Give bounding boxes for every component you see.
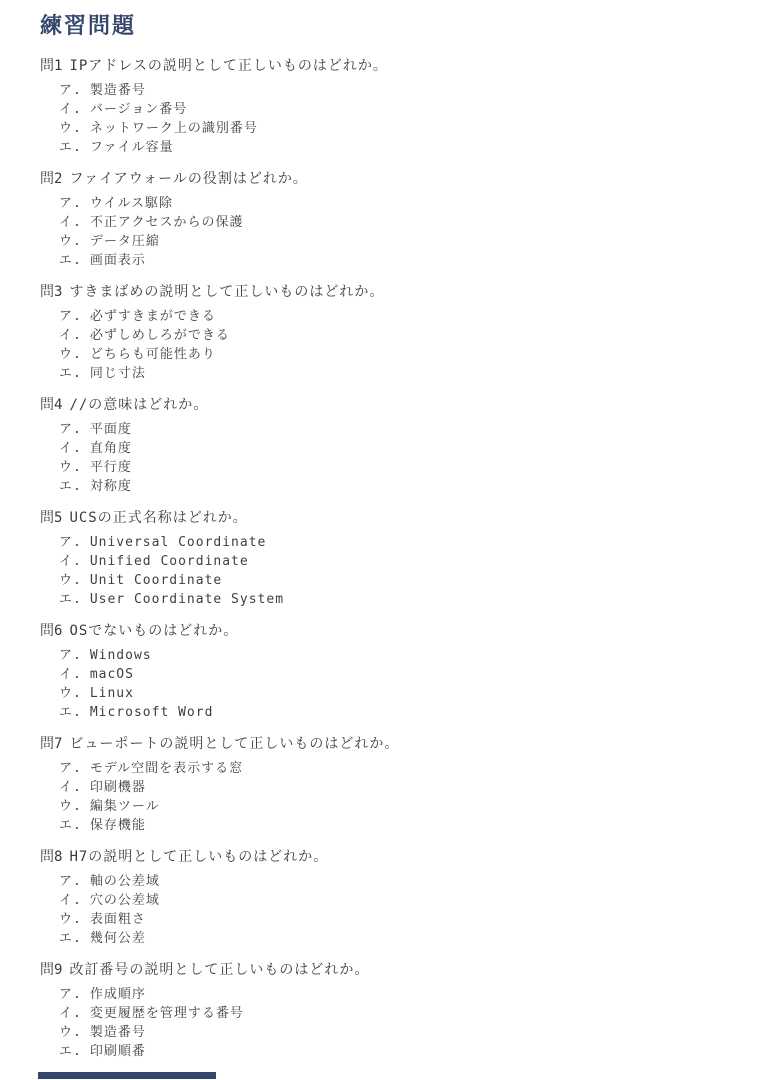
question-block: 問1IPアドレスの説明として正しいものはどれか。 ア.製造番号イ.バージョン番号…: [40, 57, 754, 157]
option-item: エ.画面表示: [59, 251, 754, 270]
option-list: ア.モデル空間を表示する窓イ.印刷機器ウ.編集ツールエ.保存機能: [40, 759, 754, 835]
option-item: イ.印刷機器: [59, 778, 754, 797]
option-label: ア.: [59, 422, 82, 437]
option-label: エ.: [59, 705, 82, 720]
option-text: 必ずしめしろができる: [90, 328, 230, 343]
option-item: ア.平面度: [59, 420, 754, 439]
option-label: ア.: [59, 83, 82, 98]
option-label: ウ.: [59, 686, 82, 701]
option-list: ア.Windowsイ.macOSウ.Linuxエ.Microsoft Word: [40, 646, 754, 722]
option-item: ア.ウイルス駆除: [59, 194, 754, 213]
question-stem: IPアドレスの説明として正しいものはどれか。: [69, 58, 387, 74]
option-label: エ.: [59, 1044, 82, 1059]
option-item: イ.直角度: [59, 439, 754, 458]
option-item: エ.ファイル容量: [59, 138, 754, 157]
question-block: 問6OSでないものはどれか。 ア.Windowsイ.macOSウ.Linuxエ.…: [40, 622, 754, 722]
question-block: 問9改訂番号の説明として正しいものはどれか。 ア.作成順序イ.変更履歴を管理する…: [40, 961, 754, 1061]
option-text: 軸の公差域: [90, 874, 160, 889]
option-list: ア.平面度イ.直角度ウ.平行度エ.対称度: [40, 420, 754, 496]
option-item: ウ.データ圧縮: [59, 232, 754, 251]
question-number: 問1: [40, 58, 62, 74]
option-text: 製造番号: [90, 83, 146, 98]
question-number: 問8: [40, 849, 62, 865]
option-item: ア.作成順序: [59, 985, 754, 1004]
option-text: どちらも可能性あり: [90, 347, 216, 362]
option-text: ウイルス駆除: [90, 196, 173, 211]
option-text: ファイル容量: [90, 140, 174, 155]
option-label: イ.: [59, 893, 82, 908]
option-text: 保存機能: [90, 818, 146, 833]
question-stem: H7の説明として正しいものはどれか。: [69, 849, 328, 865]
option-item: ウ.Unit Coordinate: [59, 571, 754, 590]
option-text: 表面粗さ: [90, 912, 146, 927]
option-text: 同じ寸法: [90, 366, 146, 381]
option-item: ア.モデル空間を表示する窓: [59, 759, 754, 778]
option-label: エ.: [59, 479, 82, 494]
option-label: ウ.: [59, 799, 82, 814]
question-stem: //の意味はどれか。: [69, 397, 208, 413]
option-item: ア.軸の公差域: [59, 872, 754, 891]
option-item: エ.印刷順番: [59, 1042, 754, 1061]
question-stem: OSでないものはどれか。: [69, 623, 238, 639]
question-block: 問3すきまばめの説明として正しいものはどれか。 ア.必ずすきまができるイ.必ずし…: [40, 283, 754, 383]
question-number: 問3: [40, 284, 62, 300]
option-item: ア.Windows: [59, 646, 754, 665]
question-number: 問4: [40, 397, 62, 413]
option-item: イ.穴の公差域: [59, 891, 754, 910]
option-label: エ.: [59, 818, 82, 833]
question-stem: ファイアウォールの役割はどれか。: [69, 171, 307, 187]
option-text: モデル空間を表示する窓: [90, 761, 243, 776]
option-item: ウ.編集ツール: [59, 797, 754, 816]
option-label: イ.: [59, 102, 82, 117]
option-text: 変更履歴を管理する番号: [90, 1006, 244, 1021]
question-stem: UCSの正式名称はどれか。: [69, 510, 247, 526]
option-text: 幾何公差: [90, 931, 146, 946]
option-text: 必ずすきまができる: [90, 309, 216, 324]
option-text: 印刷順番: [90, 1044, 146, 1059]
option-item: ウ.ネットワーク上の識別番号: [59, 119, 754, 138]
option-item: ウ.どちらも可能性あり: [59, 345, 754, 364]
question-block: 問7ビューポートの説明として正しいものはどれか。 ア.モデル空間を表示する窓イ.…: [40, 735, 754, 835]
option-text: Microsoft Word: [90, 705, 214, 720]
option-text: 平行度: [90, 460, 132, 475]
option-item: エ.対称度: [59, 477, 754, 496]
option-label: イ.: [59, 441, 82, 456]
option-label: イ.: [59, 1006, 82, 1021]
option-text: Unified Coordinate: [90, 554, 249, 569]
question-number: 問6: [40, 623, 62, 639]
option-item: ウ.製造番号: [59, 1023, 754, 1042]
option-text: 画面表示: [90, 253, 146, 268]
question-number: 問5: [40, 510, 62, 526]
option-label: ウ.: [59, 573, 82, 588]
option-text: 印刷機器: [90, 780, 146, 795]
option-label: ウ.: [59, 912, 82, 927]
option-text: 平面度: [90, 422, 132, 437]
question-block: 問5UCSの正式名称はどれか。 ア.Universal Coordinateイ.…: [40, 509, 754, 609]
option-label: ウ.: [59, 460, 82, 475]
option-label: ア.: [59, 874, 82, 889]
option-label: ウ.: [59, 121, 82, 136]
option-label: エ.: [59, 140, 82, 155]
option-item: エ.Microsoft Word: [59, 703, 754, 722]
question-block: 問4//の意味はどれか。 ア.平面度イ.直角度ウ.平行度エ.対称度: [40, 396, 754, 496]
option-item: イ.不正アクセスからの保護: [59, 213, 754, 232]
option-item: エ.同じ寸法: [59, 364, 754, 383]
option-item: イ.必ずしめしろができる: [59, 326, 754, 345]
clipped-heading-fragment: [38, 1072, 216, 1079]
option-label: ア.: [59, 987, 82, 1002]
option-label: ア.: [59, 648, 82, 663]
option-list: ア.軸の公差域イ.穴の公差域ウ.表面粗さエ.幾何公差: [40, 872, 754, 948]
option-item: ウ.平行度: [59, 458, 754, 477]
option-item: ア.製造番号: [59, 81, 754, 100]
question-list: 問1IPアドレスの説明として正しいものはどれか。 ア.製造番号イ.バージョン番号…: [40, 57, 754, 1061]
option-item: イ.バージョン番号: [59, 100, 754, 119]
question-number: 問9: [40, 962, 62, 978]
question-block: 問2ファイアウォールの役割はどれか。 ア.ウイルス駆除イ.不正アクセスからの保護…: [40, 170, 754, 270]
question-stem: 改訂番号の説明として正しいものはどれか。: [69, 962, 369, 978]
option-text: macOS: [90, 667, 134, 682]
question-block: 問8H7の説明として正しいものはどれか。 ア.軸の公差域イ.穴の公差域ウ.表面粗…: [40, 848, 754, 948]
option-label: エ.: [59, 366, 82, 381]
option-label: イ.: [59, 554, 82, 569]
option-item: イ.変更履歴を管理する番号: [59, 1004, 754, 1023]
option-text: 対称度: [90, 479, 132, 494]
option-item: ウ.Linux: [59, 684, 754, 703]
option-label: エ.: [59, 931, 82, 946]
option-item: ア.Universal Coordinate: [59, 533, 754, 552]
option-item: エ.保存機能: [59, 816, 754, 835]
option-list: ア.Universal Coordinateイ.Unified Coordina…: [40, 533, 754, 609]
option-label: イ.: [59, 780, 82, 795]
option-text: 不正アクセスからの保護: [90, 215, 244, 230]
option-label: イ.: [59, 215, 82, 230]
option-item: イ.macOS: [59, 665, 754, 684]
option-text: Universal Coordinate: [90, 535, 267, 550]
option-label: ア.: [59, 535, 82, 550]
option-label: ア.: [59, 196, 82, 211]
option-label: エ.: [59, 253, 82, 268]
option-item: エ.User Coordinate System: [59, 590, 754, 609]
option-text: 編集ツール: [90, 799, 160, 814]
option-label: ア.: [59, 761, 82, 776]
option-text: User Coordinate System: [90, 592, 284, 607]
document-page: 練習問題 問1IPアドレスの説明として正しいものはどれか。 ア.製造番号イ.バー…: [0, 0, 784, 1080]
question-stem: ビューポートの説明として正しいものはどれか。: [69, 736, 399, 752]
option-text: 製造番号: [90, 1025, 146, 1040]
question-stem: すきまばめの説明として正しいものはどれか。: [69, 284, 384, 300]
option-label: ア.: [59, 309, 82, 324]
option-label: イ.: [59, 328, 82, 343]
option-item: ウ.表面粗さ: [59, 910, 754, 929]
option-text: ネットワーク上の識別番号: [90, 121, 258, 136]
option-list: ア.ウイルス駆除イ.不正アクセスからの保護ウ.データ圧縮エ.画面表示: [40, 194, 754, 270]
option-label: ウ.: [59, 234, 82, 249]
option-item: エ.幾何公差: [59, 929, 754, 948]
option-item: ア.必ずすきまができる: [59, 307, 754, 326]
option-text: Unit Coordinate: [90, 573, 222, 588]
option-list: ア.製造番号イ.バージョン番号ウ.ネットワーク上の識別番号エ.ファイル容量: [40, 81, 754, 157]
question-number: 問7: [40, 736, 62, 752]
option-list: ア.作成順序イ.変更履歴を管理する番号ウ.製造番号エ.印刷順番: [40, 985, 754, 1061]
question-number: 問2: [40, 171, 62, 187]
option-text: 作成順序: [90, 987, 146, 1002]
option-text: 穴の公差域: [90, 893, 160, 908]
option-label: イ.: [59, 667, 82, 682]
option-label: エ.: [59, 592, 82, 607]
option-item: イ.Unified Coordinate: [59, 552, 754, 571]
page-title: 練習問題: [40, 12, 754, 40]
option-label: ウ.: [59, 1025, 82, 1040]
option-text: バージョン番号: [90, 102, 187, 117]
option-list: ア.必ずすきまができるイ.必ずしめしろができるウ.どちらも可能性ありエ.同じ寸法: [40, 307, 754, 383]
option-text: Linux: [90, 686, 134, 701]
option-text: 直角度: [90, 441, 132, 456]
option-text: データ圧縮: [90, 234, 160, 249]
option-label: ウ.: [59, 347, 82, 362]
option-text: Windows: [90, 648, 152, 663]
